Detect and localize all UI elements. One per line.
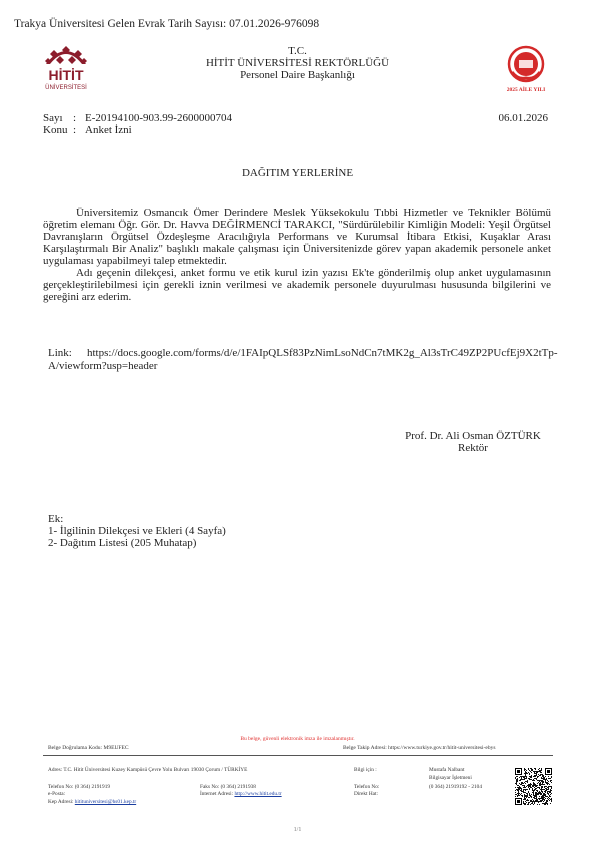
web-label: İnternet Adresi: xyxy=(200,791,233,797)
document-number: E-20194100-903.99-2600000704 xyxy=(85,112,232,124)
info-title: Bilgisayar İşletmeni xyxy=(429,775,472,782)
document-number-row: Sayı:E-20194100-903.99-2600000704 xyxy=(43,112,232,124)
body-paragraph-1: Üniversitemiz Osmancık Ömer Derindere Me… xyxy=(43,207,551,267)
info-phone: (0 364) 21919192 - 2104 xyxy=(429,784,482,791)
sayi-label: Sayı xyxy=(43,112,73,124)
survey-link-block: Link:https://docs.google.com/forms/d/e/1… xyxy=(48,347,558,372)
esign-notice: Bu belge, güvenli elektronik imza ile im… xyxy=(0,736,595,742)
addressee: DAĞITIM YERLERİNE xyxy=(0,167,595,179)
subject: Anket İzni xyxy=(85,124,132,136)
link-label: Link: xyxy=(48,347,87,360)
footer-email-label: e-Posta: xyxy=(48,791,65,798)
separator: : xyxy=(73,124,85,136)
attachments-label: Ek: xyxy=(48,513,226,525)
svg-text:ÜNİVERSİTESİ: ÜNİVERSİTESİ xyxy=(45,84,87,91)
info-name: Mustafa Nalbant xyxy=(429,767,464,774)
kep-label: Kep Adresi: xyxy=(48,799,73,805)
verification-code: Belge Doğrulama Kodu: M9EUFEC xyxy=(48,745,129,751)
separator: : xyxy=(73,112,85,124)
footer-kep: Kep Adresi: hitituniversitesi@hs01.kep.t… xyxy=(48,799,136,806)
attachments: Ek: 1- İlgilinin Dilekçesi ve Ekleri (4 … xyxy=(48,513,226,549)
letter-body: Üniversitemiz Osmancık Ömer Derindere Me… xyxy=(43,207,551,303)
signatory-name: Prof. Dr. Ali Osman ÖZTÜRK xyxy=(393,430,553,442)
page-number: 1/1 xyxy=(0,827,595,833)
attachment-item: 2- Dağıtım Listesi (205 Muhatap) xyxy=(48,537,226,549)
incoming-document-stamp: Trakya Üniversitesi Gelen Evrak Tarih Sa… xyxy=(14,18,319,30)
footer-web: İnternet Adresi: http://www.hitit.edu.tr xyxy=(200,791,282,798)
attachment-item: 1- İlgilinin Dilekçesi ve Ekleri (4 Sayf… xyxy=(48,525,226,537)
footer-address: Adres: T.C. Hitit Üniversitesi Kuzey Kam… xyxy=(48,767,247,774)
body-paragraph-2: Adı geçenin dilekçesi, anket formu ve et… xyxy=(43,267,551,303)
survey-link[interactable]: https://docs.google.com/forms/d/e/1FAIpQ… xyxy=(48,347,558,372)
footer-phone: Telefon No: (0 364) 2191919 xyxy=(48,784,110,791)
info-label: Bilgi için : xyxy=(354,767,377,774)
konu-label: Konu xyxy=(43,124,73,136)
family-year-logo: 2025 AİLE YILI xyxy=(502,44,550,94)
footer-divider xyxy=(43,755,553,756)
kep-link[interactable]: hitituniversitesi@hs01.kep.tr xyxy=(75,799,136,805)
subject-row: Konu:Anket İzni xyxy=(43,124,132,136)
signature-block: Prof. Dr. Ali Osman ÖZTÜRK Rektör xyxy=(393,430,553,454)
tracking-address: Belge Takip Adresi: https://www.turkiye.… xyxy=(343,745,495,751)
qr-code xyxy=(515,768,552,805)
direct-line-label: Direkt Hat: xyxy=(354,791,378,798)
signatory-title: Rektör xyxy=(393,442,553,454)
info-phone-label: Telefon No: xyxy=(354,784,379,791)
document-date: 06.01.2026 xyxy=(499,112,549,124)
svg-text:2025 AİLE YILI: 2025 AİLE YILI xyxy=(507,86,546,93)
web-link[interactable]: http://www.hitit.edu.tr xyxy=(234,791,281,797)
footer-fax: Faks No: (0 364) 2191938 xyxy=(200,784,256,791)
